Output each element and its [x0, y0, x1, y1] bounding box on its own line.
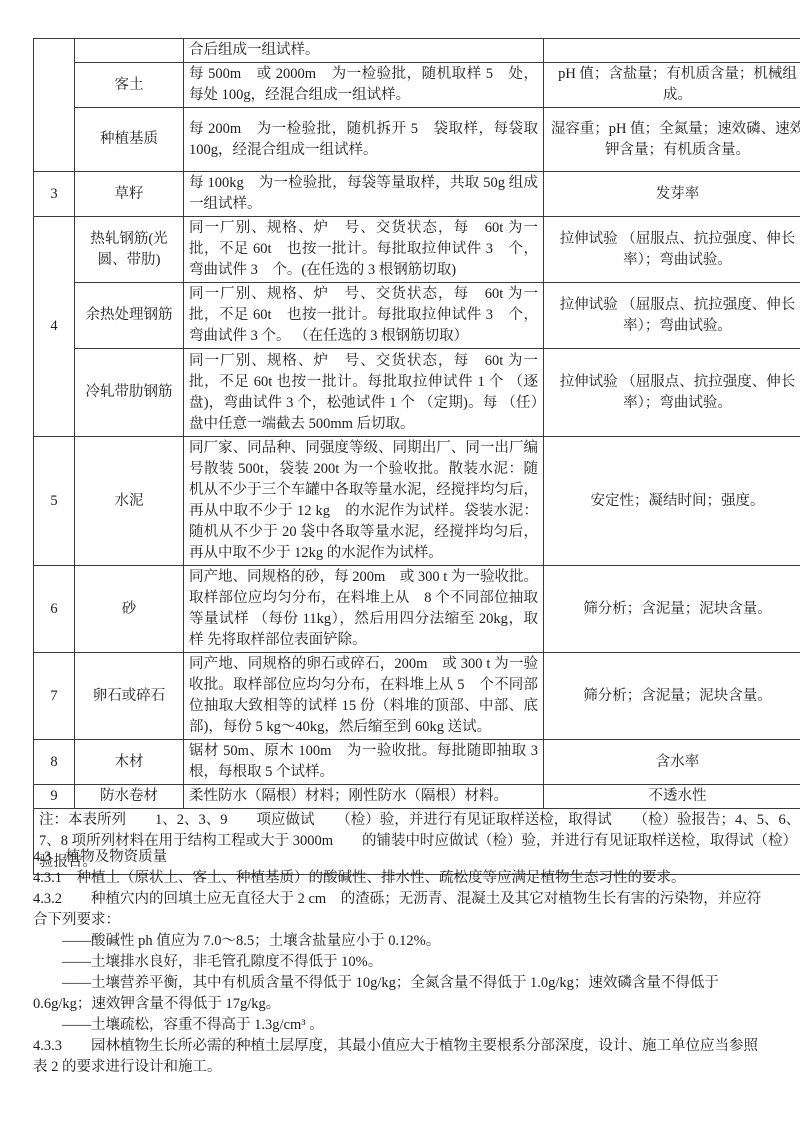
test-items-cell: 不透水性 [544, 785, 800, 809]
table-row-cold-rolled-rebar: 冷轧带肋钢筋 同一厂别、规格、炉 号、交货状态，每 60t 为一批，不足 60t… [34, 349, 800, 437]
sampling-method-cell: 同产地、同规格的砂，每 200m 或 300 t 为一验收批。取样部位应均匀分布… [184, 566, 544, 653]
material-name-cell: 客土 [75, 63, 184, 108]
document-page: 合后组成一组试样。 客土 每 500m 或 2000m 为一检验批，随机取样 5… [0, 0, 800, 1132]
paragraph-4-3-3: 4.3.3 园林植物生长所必需的种植土层厚度，其最小值应大于植物主要根系分部深度… [33, 1036, 770, 1078]
material-name-cell: 砂 [75, 566, 184, 653]
table-row-continuation: 合后组成一组试样。 [34, 39, 800, 63]
row-number-cell: 4 [34, 217, 75, 437]
paragraph-4-3-2: 4.3.2 种植穴内的回填土应无直径大于 2 cm 的渣砾；无沥青、混凝土及其它… [33, 889, 770, 931]
table-row-waterproof-membrane: 9 防水卷材 柔性防水（隔根）材料；刚性防水（隔根）材料。 不透水性 [34, 785, 800, 809]
sampling-method-cell: 同一厂别、规格、炉 号、交货状态，每 60t 为一批，不足 60t 也按一批计。… [184, 283, 544, 349]
material-name-cell: 木材 [75, 740, 184, 785]
table-row-heat-treated-rebar: 余热处理钢筋 同一厂别、规格、炉 号、交货状态，每 60t 为一批，不足 60t… [34, 283, 800, 349]
sampling-method-cell: 每 200m 为一检验批，随机拆开 5 袋取样，每袋取 100g，经混合组成一组… [184, 108, 544, 172]
dash-item-looseness: ——土壤疏松，容重不得高于 1.3g/cm³ 。 [33, 1015, 770, 1036]
table-row-grass-seed: 3 草籽 每 100kg 为一检验批，每袋等量取样，共取 50g 组成一组试样。… [34, 172, 800, 217]
material-name-cell: 余热处理钢筋 [75, 283, 184, 349]
table-row-ketu: 客土 每 500m 或 2000m 为一检验批，随机取样 5 处，每处 100g… [34, 63, 800, 108]
test-items-cell: 筛分析；含泥量；泥块含量。 [544, 653, 800, 740]
row-number-cell: 6 [34, 566, 75, 653]
material-name-cell: 水泥 [75, 437, 184, 566]
sampling-method-cell: 同产地、同规格的卵石或碎石，200m 或 300 t 为一验收批。取样部位应均匀… [184, 653, 544, 740]
row-number-cell [34, 39, 75, 172]
table-row-planting-substrate: 种植基质 每 200m 为一检验批，随机拆开 5 袋取样，每袋取 100g，经混… [34, 108, 800, 172]
table-row-gravel: 7 卵石或碎石 同产地、同规格的卵石或碎石，200m 或 300 t 为一验收批… [34, 653, 800, 740]
test-items-cell: 拉伸试验 （屈服点、抗拉强度、伸长率）；弯曲试验。 [544, 349, 800, 437]
dash-item-nutrition: ——土壤营养平衡，其中有机质含量不得低于 10g/kg；全氮含量不得低于 1.0… [33, 973, 770, 1015]
table-row-hot-rolled-rebar: 4 热轧钢筋(光圆、带肋) 同一厂别、规格、炉 号、交货状态，每 60t 为一批… [34, 217, 800, 283]
material-name-cell: 防水卷材 [75, 785, 184, 809]
material-name-cell: 草籽 [75, 172, 184, 217]
sampling-method-cell: 合后组成一组试样。 [184, 39, 544, 63]
sampling-method-cell: 锯材 50m、原木 100m 为一验收批。每批随即抽取 3 根，每根取 5 个试… [184, 740, 544, 785]
material-name-cell: 冷轧带肋钢筋 [75, 349, 184, 437]
row-number-cell: 3 [34, 172, 75, 217]
row-number-cell: 7 [34, 653, 75, 740]
test-items-cell: 湿容重；pH 值；全氮量；速效磷、速效钾含量；有机质含量。 [544, 108, 800, 172]
dash-item-ph: ——酸碱性 ph 值应为 7.0～8.5；土壤含盐量应小于 0.12%。 [33, 931, 770, 952]
material-name-cell [75, 39, 184, 63]
table-row-timber: 8 木材 锯材 50m、原木 100m 为一验收批。每批随即抽取 3 根，每根取… [34, 740, 800, 785]
sampling-method-cell: 柔性防水（隔根）材料；刚性防水（隔根）材料。 [184, 785, 544, 809]
sampling-method-cell: 同厂家、同品种、同强度等级、同期出厂、同一出厂编号散装 500t，袋装 200t… [184, 437, 544, 566]
test-items-cell: pH 值；含盐量；有机质含量；机械组成。 [544, 63, 800, 108]
body-text: 4.3 植物及物资质量 4.3.1 种植土（原状土、客土、种植基质）的酸碱性、排… [33, 847, 770, 1078]
test-items-cell: 拉伸试验 （屈服点、抗拉强度、伸长率）；弯曲试验。 [544, 217, 800, 283]
material-name-cell: 热轧钢筋(光圆、带肋) [75, 217, 184, 283]
material-name-cell: 种植基质 [75, 108, 184, 172]
dash-item-drainage: ——土壤排水良好，非毛管孔隙度不得低于 10%。 [33, 952, 770, 973]
row-number-cell: 5 [34, 437, 75, 566]
row-number-cell: 9 [34, 785, 75, 809]
sampling-method-cell: 每 100kg 为一检验批，每袋等量取样，共取 50g 组成一组试样。 [184, 172, 544, 217]
test-items-cell [544, 39, 800, 63]
test-items-cell: 安定性；凝结时间；强度。 [544, 437, 800, 566]
section-4-3-heading: 4.3 植物及物资质量 [33, 847, 770, 868]
row-number-cell: 8 [34, 740, 75, 785]
test-items-cell: 筛分析；含泥量；泥块含量。 [544, 566, 800, 653]
test-items-cell: 含水率 [544, 740, 800, 785]
table-row-sand: 6 砂 同产地、同规格的砂，每 200m 或 300 t 为一验收批。取样部位应… [34, 566, 800, 653]
materials-inspection-table: 合后组成一组试样。 客土 每 500m 或 2000m 为一检验批，随机取样 5… [33, 38, 800, 875]
table-row-cement: 5 水泥 同厂家、同品种、同强度等级、同期出厂、同一出厂编号散装 500t，袋装… [34, 437, 800, 566]
paragraph-4-3-1: 4.3.1 种植土（原状土、客土、种植基质）的酸碱性、排水性、疏松度等应满足植物… [33, 868, 770, 889]
test-items-cell: 拉伸试验 （屈服点、抗拉强度、伸长率）；弯曲试验。 [544, 283, 800, 349]
sampling-method-cell: 同一厂别、规格、炉 号、交货状态，每 60t 为一批，不足 60t 也按一批计。… [184, 349, 544, 437]
sampling-method-cell: 同一厂别、规格、炉 号、交货状态，每 60t 为一批，不足 60t 也按一批计。… [184, 217, 544, 283]
sampling-method-cell: 每 500m 或 2000m 为一检验批，随机取样 5 处，每处 100g，经混… [184, 63, 544, 108]
test-items-cell: 发芽率 [544, 172, 800, 217]
material-name-cell: 卵石或碎石 [75, 653, 184, 740]
